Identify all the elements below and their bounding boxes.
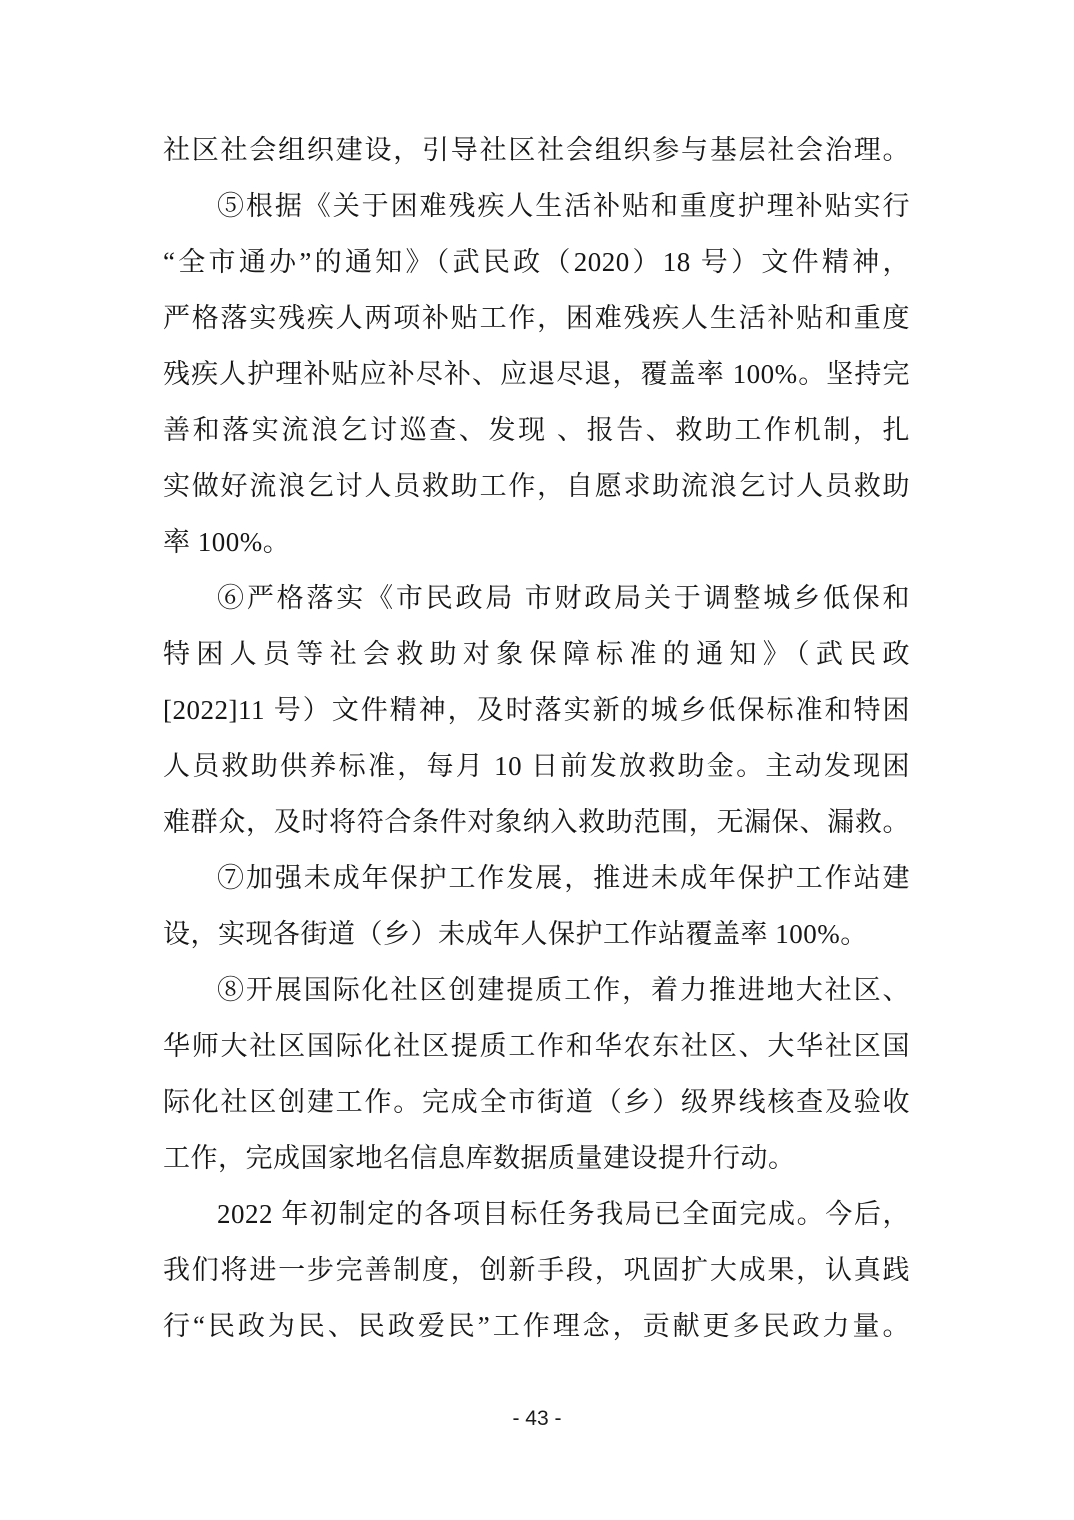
page-number: - 43 -	[0, 1404, 1074, 1434]
text-line: 率 100%。	[163, 514, 910, 570]
text-line: ⑦加强未成年保护工作发展，推进未成年保护工作站建	[163, 850, 910, 906]
text-line: [2022]11 号）文件精神，及时落实新的城乡低保标准和特困	[163, 682, 910, 738]
text-line: ⑤根据《关于困难残疾人生活补贴和重度护理补贴实行	[163, 178, 910, 234]
document-page: 社区社会组织建设，引导社区社会组织参与基层社会治理。 ⑤根据《关于困难残疾人生活…	[0, 0, 1074, 1520]
text-line: 2022 年初制定的各项目标任务我局已全面完成。今后，	[163, 1186, 910, 1242]
text-line: “全市通办”的通知》（武民政（2020）18 号）文件精神，	[163, 234, 910, 290]
text-line: 工作，完成国家地名信息库数据质量建设提升行动。	[163, 1130, 910, 1186]
document-text: 社区社会组织建设，引导社区社会组织参与基层社会治理。 ⑤根据《关于困难残疾人生活…	[163, 122, 910, 1354]
text-line: 际化社区创建工作。完成全市街道（乡）级界线核查及验收	[163, 1074, 910, 1130]
text-line: ⑧开展国际化社区创建提质工作，着力推进地大社区、	[163, 962, 910, 1018]
text-line: 残疾人护理补贴应补尽补、应退尽退，覆盖率 100%。坚持完	[163, 346, 910, 402]
text-line: 行“民政为民、民政爱民”工作理念，贡献更多民政力量。	[163, 1298, 910, 1354]
text-line: 华师大社区国际化社区提质工作和华农东社区、大华社区国	[163, 1018, 910, 1074]
text-line: 特困人员等社会救助对象保障标准的通知》（武民政	[163, 626, 910, 682]
text-line: 我们将进一步完善制度，创新手段，巩固扩大成果，认真践	[163, 1242, 910, 1298]
text-line: ⑥严格落实《市民政局 市财政局关于调整城乡低保和	[163, 570, 910, 626]
text-line: 设，实现各街道（乡）未成年人保护工作站覆盖率 100%。	[163, 906, 910, 962]
text-line: 社区社会组织建设，引导社区社会组织参与基层社会治理。	[163, 122, 910, 178]
text-line: 难群众，及时将符合条件对象纳入救助范围，无漏保、漏救。	[163, 794, 910, 850]
text-line: 善和落实流浪乞讨巡查、发现 、报告、救助工作机制，扎	[163, 402, 910, 458]
text-line: 严格落实残疾人两项补贴工作，困难残疾人生活补贴和重度	[163, 290, 910, 346]
text-line: 人员救助供养标准，每月 10 日前发放救助金。主动发现困	[163, 738, 910, 794]
text-line: 实做好流浪乞讨人员救助工作，自愿求助流浪乞讨人员救助	[163, 458, 910, 514]
